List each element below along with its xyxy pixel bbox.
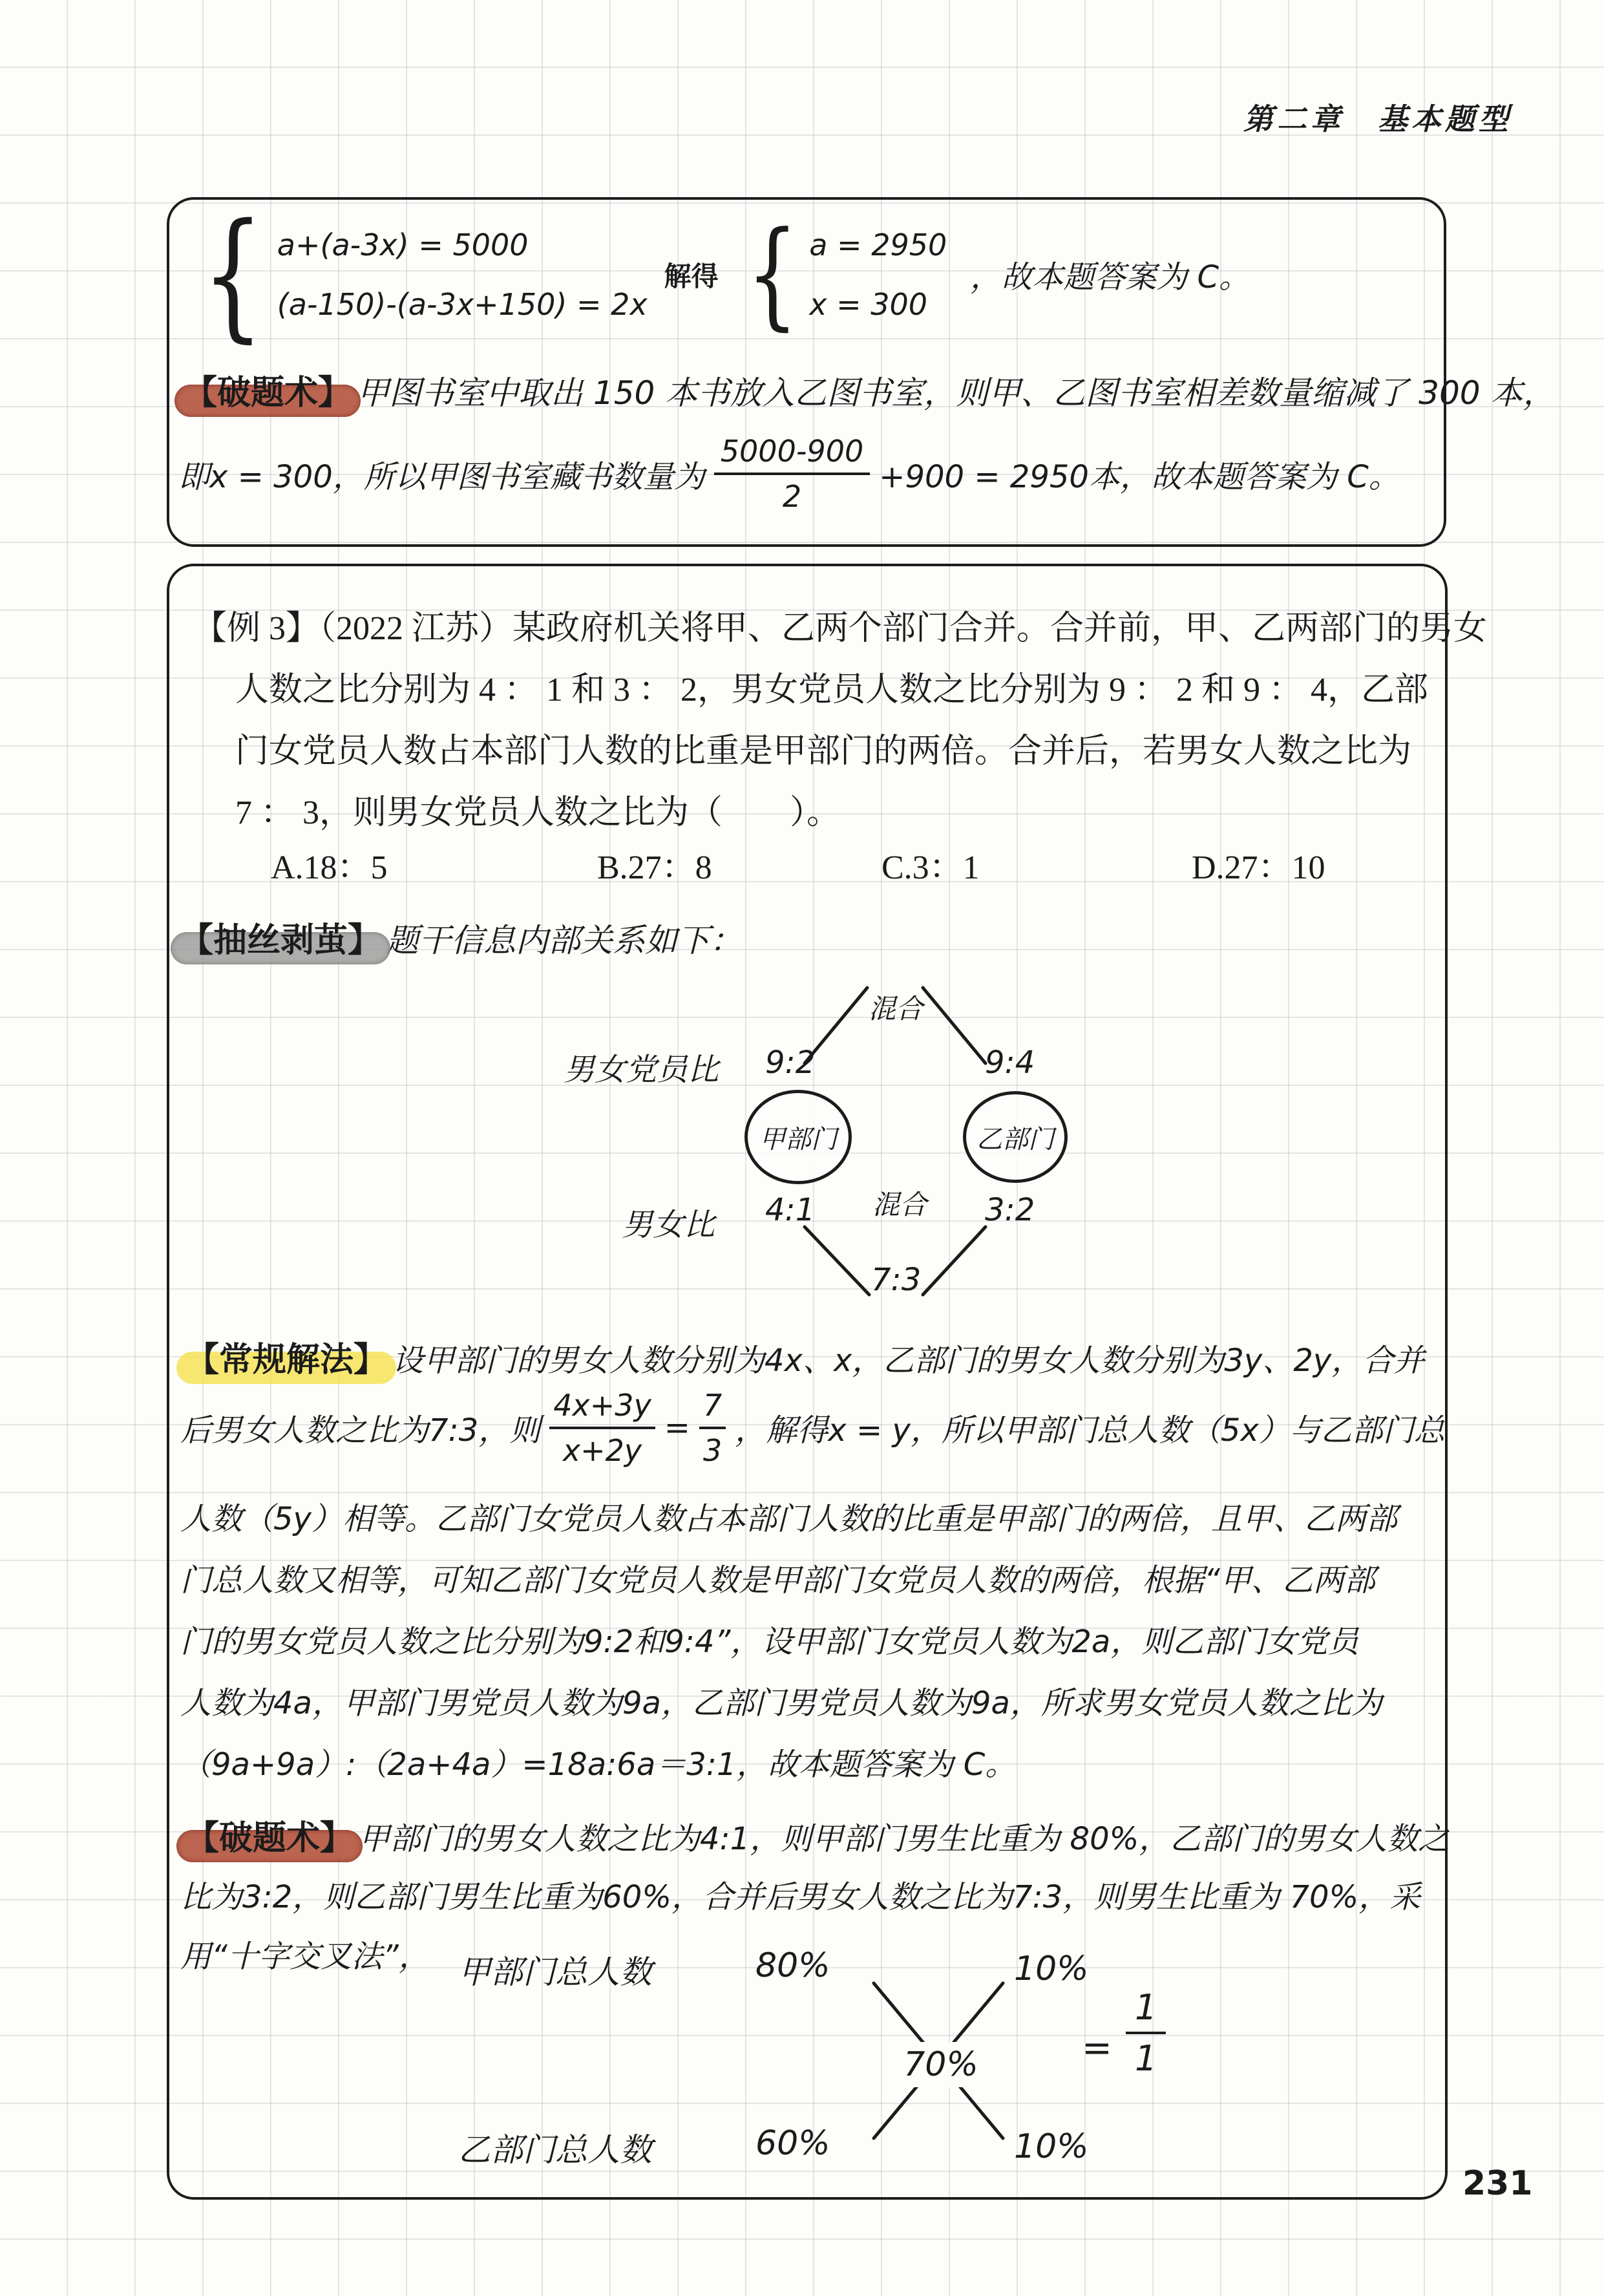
answer-conclusion: ，故本题答案为 C。: [970, 252, 1250, 297]
equation-line-1: a+(a-3x) = 5000: [277, 228, 648, 262]
fraction-denominator: 1: [1135, 2038, 1157, 2079]
solve-label: 解得: [664, 255, 719, 294]
cross-jia-value: 80%: [755, 1946, 830, 1985]
option-b: B.27：8: [597, 840, 712, 888]
breakthrough-2-label: 【破题术】: [180, 1811, 359, 1859]
regular-solution-line-2-pre: 后男女人数之比为7:3，则: [180, 1405, 540, 1450]
chapter-header: 第二章 基本题型: [1243, 96, 1512, 138]
fraction-numerator: 1: [1126, 1987, 1166, 2028]
example-3-box: 【例 3】（2022 江苏）某政府机关将甲、乙两个部门合并。合并前，甲、乙两部门…: [167, 564, 1448, 2200]
mix-top-label: 混合: [869, 988, 923, 1026]
mix-bottom-label: 混合: [872, 1184, 927, 1222]
equation-result-system: a = 2950 x = 300: [809, 228, 947, 322]
result-line-1: a = 2950: [809, 228, 947, 262]
jia-department-label: 甲部门: [759, 1119, 837, 1156]
mf-ratio-label: 男女比: [622, 1200, 715, 1244]
analysis-intro-text: 题干信息内部关系如下：: [386, 922, 742, 959]
brace-left-icon: {: [746, 222, 798, 327]
fraction-denominator: x+2y: [563, 1433, 642, 1468]
fraction-numerator: 4x+3y: [549, 1388, 655, 1423]
fraction-denominator: 3: [703, 1433, 722, 1468]
fraction: 1 1: [1126, 1987, 1166, 2079]
page: 第二章 基本题型 { a+(a-3x) = 5000 (a-150)-(a-3x…: [0, 0, 1604, 2296]
fraction-bar: [1126, 2032, 1166, 2034]
jia-party-ratio: 9:2: [765, 1045, 815, 1081]
option-d: D.27：10: [1192, 840, 1325, 888]
cross-center-value: 70%: [892, 2042, 989, 2087]
analysis-label: 【抽丝剥茧】: [174, 913, 386, 961]
fraction: 7 3: [699, 1388, 726, 1468]
breakthrough-2-line-1-text: 甲部门的男女人数之比为4:1，则甲部门男生比重为 80%，乙部门的男女人数之: [359, 1821, 1449, 1857]
fraction: 5000-900 2: [714, 434, 870, 514]
breakthrough-2-line-3: 用“十字交叉法”，: [180, 1931, 430, 1976]
breakthrough-line-2: 即x = 300，所以甲图书室藏书数量为 5000-900 2 +900 = 2…: [178, 418, 1400, 529]
regular-solution-line-2: 后男女人数之比为7:3，则 4x+3y x+2y = 7 3 ，解得x = y，…: [180, 1371, 1445, 1484]
page-number: 231: [1462, 2164, 1533, 2203]
cross-result-fraction: 1 1: [1126, 1987, 1166, 2079]
yi-department-circle: 乙部门: [963, 1091, 1068, 1183]
breakthrough-line-2-pre: 即x = 300，所以甲图书室藏书数量为: [178, 452, 705, 496]
cross-yi-label: 乙部门总人数: [458, 2124, 652, 2171]
problem-line-4: 7 ： 3，则男女党员人数之比为（ ）。: [235, 785, 840, 833]
regular-solution-line-3: 人数（5y）相等。乙部门女党员人数占本部门人数的比重是甲部门的两倍，且甲、乙两部: [180, 1494, 1397, 1538]
fraction-bar: [549, 1427, 655, 1429]
fraction: 4x+3y x+2y: [549, 1388, 655, 1468]
fraction-numerator: 7: [699, 1388, 726, 1423]
regular-solution-line-5: 门的男女党员人数之比分别为9:2和9:4”，设甲部门女党员人数为2a，则乙部门女…: [180, 1617, 1358, 1661]
jia-department-circle: 甲部门: [744, 1090, 852, 1184]
problem-line-2: 人数之比分别为 4 ： 1 和 3 ： 2，男女党员人数之比分别为 9 ： 2 …: [235, 662, 1428, 710]
equation-system: a+(a-3x) = 5000 (a-150)-(a-3x+150) = 2x: [277, 228, 648, 322]
party-ratio-label: 男女党员比: [564, 1045, 719, 1089]
fraction-bar: [714, 473, 870, 475]
cross-yi-value: 60%: [755, 2124, 830, 2163]
option-c: C.3：1: [881, 840, 980, 888]
regular-solution-line-2-post: ，解得x = y，所以甲部门总人数（5x）与乙部门总: [735, 1405, 1445, 1450]
yi-department-label: 乙部门: [976, 1119, 1054, 1156]
cross-jia-label: 甲部门总人数: [458, 1946, 652, 1993]
regular-solution-line-4: 门总人数又相等，可知乙部门女党员人数是甲部门女党员人数的两倍，根据“甲、乙两部: [180, 1555, 1375, 1600]
breakthrough-2-line-2: 比为3:2，则乙部门男生比重为60%，合并后男女人数之比为7:3，则男生比重为 …: [180, 1872, 1420, 1917]
problem-line-1: 【例 3】（2022 江苏）某政府机关将甲、乙两个部门合并。合并前，甲、乙两部门…: [193, 601, 1487, 649]
yi-party-ratio: 9:4: [985, 1045, 1035, 1081]
brace-left-icon: {: [202, 212, 264, 337]
solution-box-previous-example: { a+(a-3x) = 5000 (a-150)-(a-3x+150) = 2…: [167, 197, 1446, 547]
breakthrough-label: 【破题术】: [178, 365, 357, 414]
regular-solution-line-7: （9a+9a）:（2a+4a）=18a:6a＝3:1，故本题答案为 C。: [180, 1739, 1016, 1784]
problem-line-3: 门女党员人数占本部门人数的比重是甲部门的两倍。合并后，若男女人数之比为: [235, 723, 1411, 772]
cross-top-diff: 10%: [1014, 1950, 1089, 1988]
merged-mf-ratio: 7:3: [871, 1262, 921, 1298]
regular-solution-line-6: 人数为4a，甲部门男党员人数为9a，乙部门男党员人数为9a，所求男女党员人数之比…: [180, 1678, 1382, 1723]
yi-mf-ratio: 3:2: [985, 1192, 1035, 1228]
breakthrough-line-1: 甲图书室中取出 150 本书放入乙图书室，则甲、乙图书室相差数量缩减了 300 …: [357, 374, 1555, 412]
jia-mf-ratio: 4:1: [765, 1192, 815, 1228]
fraction-numerator: 5000-900: [714, 434, 870, 469]
analysis-section: 【抽丝剥茧】题干信息内部关系如下：: [174, 913, 742, 961]
equation-system-row: { a+(a-3x) = 5000 (a-150)-(a-3x+150) = 2…: [189, 211, 1250, 337]
cross-bottom-diff: 10%: [1014, 2127, 1089, 2166]
fraction-denominator: 2: [783, 479, 801, 514]
cross-equals-sign: =: [1082, 2027, 1112, 2069]
option-a: A.18：5: [271, 840, 388, 888]
breakthrough-section: 【破题术】甲图书室中取出 150 本书放入乙图书室，则甲、乙图书室相差数量缩减了…: [178, 365, 1555, 414]
result-line-2: x = 300: [809, 287, 947, 322]
equation-line-2: (a-150)-(a-3x+150) = 2x: [277, 287, 648, 322]
breakthrough-2-line-1: 【破题术】甲部门的男女人数之比为4:1，则甲部门男生比重为 80%，乙部门的男女…: [180, 1811, 1449, 1859]
fraction-bar: [699, 1427, 726, 1429]
equals-sign: =: [664, 1410, 690, 1446]
breakthrough-line-2-post: +900 = 2950本，故本题答案为 C。: [879, 452, 1400, 496]
